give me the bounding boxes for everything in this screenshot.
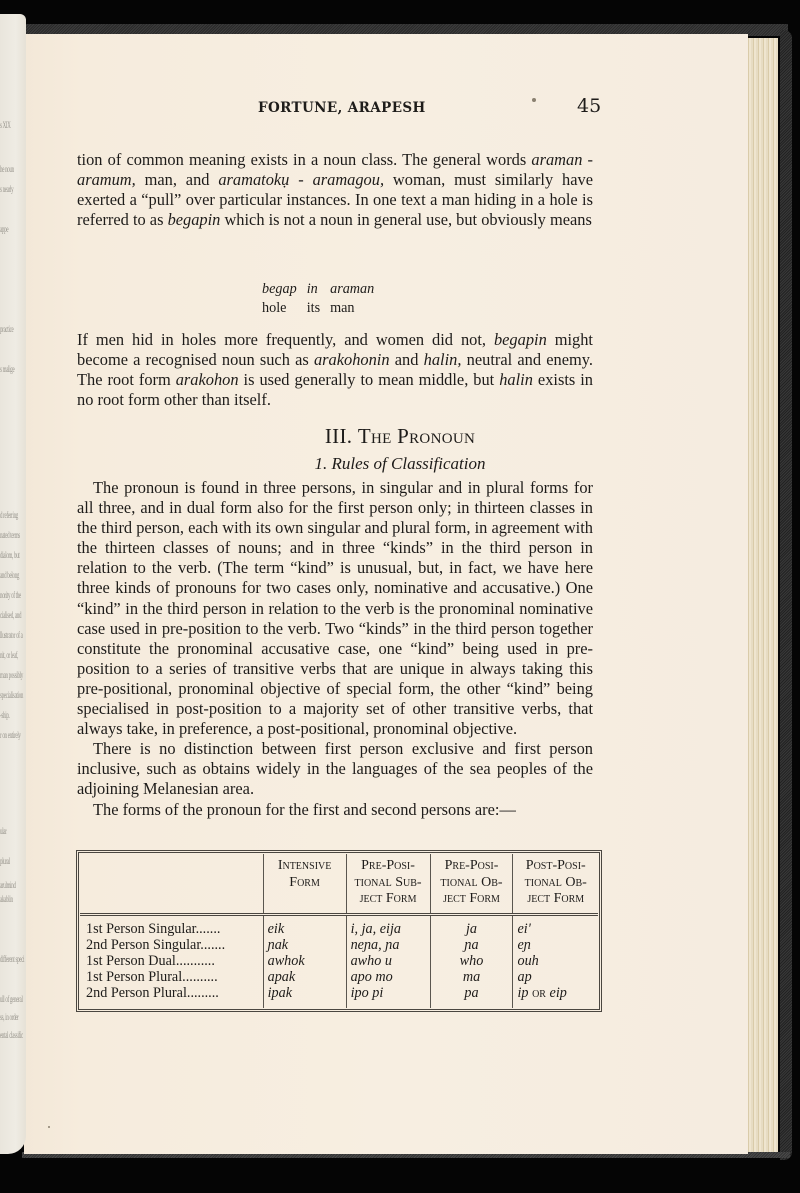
table-row: 1st Person Plural.......... apak apo mo … [80, 969, 598, 985]
cell-intensive: eik [263, 914, 346, 937]
interlinear-gloss: begap in araman hole its man [262, 280, 384, 318]
form-b: eip [550, 985, 567, 1001]
text-run: tion of common meaning exists in a noun … [77, 150, 531, 169]
vernacular-term: begapin [494, 330, 547, 349]
paragraph-text: The forms of the pronoun for the first a… [77, 800, 593, 820]
paragraph-text: There is no distinction between first pe… [77, 739, 593, 799]
bleed-text: ull of general [0, 994, 23, 1004]
row-label: 1st Person Singular....... [80, 914, 263, 937]
bleed-text: appe [0, 224, 8, 234]
bleed-text: cialised, and [0, 610, 21, 620]
gloss-translation: man [330, 299, 384, 318]
cell-post-object: ip or eip [513, 985, 598, 1007]
running-head-title: FORTUNE, ARAPESH [258, 100, 426, 116]
header-empty [80, 854, 263, 914]
row-label: 1st Person Dual........... [80, 953, 263, 969]
dot-leader: ........... [176, 953, 215, 969]
bleed-text: different speci [0, 954, 24, 964]
bleed-text: plural [0, 856, 10, 866]
header-prepositional-object-form: Pre-Posi- tional Ob- ject Form [430, 854, 513, 914]
header-line: tional Ob- [515, 875, 596, 892]
bleed-text: arulmind [0, 880, 16, 890]
bleed-text: nority of the [0, 590, 21, 600]
header-line: Pre-Posi- [349, 858, 428, 875]
cell-intensive: apak [263, 969, 346, 985]
header-line: ject Form [433, 891, 511, 908]
bleed-text: nit, or leaf, [0, 650, 18, 660]
page-stack-edges [746, 38, 778, 1154]
bleed-text: s nearly [0, 184, 13, 194]
cell-intensive: ɲak [263, 937, 346, 953]
page-number: 45 [577, 95, 601, 117]
previous-page-edge: s XIX he noun s nearly appe practice s m… [0, 14, 26, 1154]
header-postpositional-object-form: Post-Posi- tional Ob- ject Form [513, 854, 598, 914]
vernacular-term: halin, [424, 350, 462, 369]
paragraph-text: The pronoun is found in three persons, i… [77, 478, 593, 739]
bleed-text: r on entirely [0, 730, 21, 740]
bleed-text: ular [0, 826, 7, 836]
row-label: 2nd Person Singular....... [80, 937, 263, 953]
row-label-text: 2nd Person Plural [86, 985, 187, 1001]
gloss-word: araman [330, 280, 384, 299]
bleed-text: specialisation [0, 690, 23, 700]
cell-post-object: ei' [513, 914, 598, 937]
cell-post-object: ap [513, 969, 598, 985]
cell-pre-subject: neɲa, ɲa [346, 937, 430, 953]
cell-pre-object: ɲa [430, 937, 513, 953]
cell-intensive: ipak [263, 985, 346, 1007]
bleed-text: llustrator of a [0, 630, 23, 640]
cell-pre-object: who [430, 953, 513, 969]
vernacular-term: aramatokụ - aramagou, [218, 170, 384, 189]
bleed-text: ss, in order [0, 1012, 19, 1022]
header-line: ject Form [515, 891, 596, 908]
section-title: The Pronoun [358, 424, 475, 448]
bleed-text: akablin [0, 894, 13, 904]
bleed-text: -ship. [0, 710, 9, 720]
section-heading: III. The Pronoun [0, 424, 800, 449]
vernacular-term: begapin [168, 210, 221, 229]
bleed-text: man possibly [0, 670, 23, 680]
section-numeral: III. [325, 424, 352, 448]
cell-pre-object: ja [430, 914, 513, 937]
header-line: Intensive [266, 858, 344, 875]
table-row: 1st Person Dual........... awhok awho u … [80, 953, 598, 969]
table-row: 1st Person Singular....... eik i, ja, ei… [80, 914, 598, 937]
paper-speck [532, 98, 536, 102]
gloss-translation: hole [262, 299, 307, 318]
running-head: FORTUNE, ARAPESH 45 [0, 90, 800, 120]
table-header-row: Intensive Form Pre-Posi- tional Sub- jec… [80, 854, 598, 914]
bleed-text: he noun [0, 164, 14, 174]
row-label: 2nd Person Plural......... [80, 985, 263, 1007]
cell-pre-subject: i, ja, eija [346, 914, 430, 937]
header-line: tional Ob- [433, 875, 511, 892]
text-run: is used generally to mean middle, but [239, 370, 500, 389]
bleed-text: ental classific [0, 1030, 23, 1040]
table-row: 2nd Person Plural......... ipak ipo pi p… [80, 985, 598, 1007]
header-prepositional-subject-form: Pre-Posi- tional Sub- ject Form [346, 854, 430, 914]
cell-pre-subject: apo mo [346, 969, 430, 985]
cell-intensive: awhok [263, 953, 346, 969]
header-intensive-form: Intensive Form [263, 854, 346, 914]
row-label-text: 1st Person Plural [86, 969, 182, 985]
text-run: man, and [136, 170, 219, 189]
vernacular-term: halin [499, 370, 533, 389]
subsection-heading: 1. Rules of Classification [0, 454, 800, 474]
cell-post-object: eɲ [513, 937, 598, 953]
cell-pre-object: ma [430, 969, 513, 985]
bleed-text: s malige [0, 364, 14, 374]
bleed-text: dialom, but [0, 550, 20, 560]
dot-leader: ......... [187, 985, 219, 1001]
text-run: which is not a noun in general use, but … [220, 210, 591, 229]
cell-pre-subject: ipo pi [346, 985, 430, 1007]
paragraph-1: tion of common meaning exists in a noun … [77, 150, 593, 230]
form-a: ip [517, 985, 528, 1001]
gloss-word: in [307, 280, 330, 299]
gloss-translation: its [307, 299, 330, 318]
dot-leader: ....... [196, 921, 221, 937]
header-line: tional Sub- [349, 875, 428, 892]
bleed-text: s XIX [0, 120, 11, 130]
or-conjunction: or [532, 985, 546, 1001]
vernacular-term: arakohon [176, 370, 239, 389]
header-line: Form [266, 875, 344, 892]
text-run: If men hid in holes more frequently, and… [77, 330, 494, 349]
dot-leader: .......... [182, 969, 217, 985]
pronoun-forms-table: Intensive Form Pre-Posi- tional Sub- jec… [76, 850, 602, 1012]
dot-leader: ....... [200, 937, 225, 953]
text-run: and [390, 350, 424, 369]
bleed-text: practice [0, 324, 13, 334]
header-line: Pre-Posi- [433, 858, 511, 875]
cell-pre-object: pa [430, 985, 513, 1007]
bleed-text: d referring [0, 510, 18, 520]
gloss-word: begap [262, 280, 307, 299]
row-label-text: 2nd Person Singular [86, 937, 200, 953]
header-line: Post-Posi- [515, 858, 596, 875]
paragraph-2: If men hid in holes more frequently, and… [77, 330, 593, 410]
table-row: 2nd Person Singular....... ɲak neɲa, ɲa … [80, 937, 598, 953]
paper-speck [48, 1126, 50, 1128]
bleed-text: and belong [0, 570, 19, 580]
paragraph-3: The pronoun is found in three persons, i… [77, 478, 593, 820]
cell-post-object: ouh [513, 953, 598, 969]
header-line: ject Form [349, 891, 428, 908]
vernacular-term: arakohonin [314, 350, 390, 369]
row-label-text: 1st Person Dual [86, 953, 176, 969]
row-label: 1st Person Plural.......... [80, 969, 263, 985]
bleed-text: nated terms [0, 530, 20, 540]
row-label-text: 1st Person Singular [86, 921, 196, 937]
cell-pre-subject: awho u [346, 953, 430, 969]
book-cover-right-edge [780, 30, 792, 1160]
